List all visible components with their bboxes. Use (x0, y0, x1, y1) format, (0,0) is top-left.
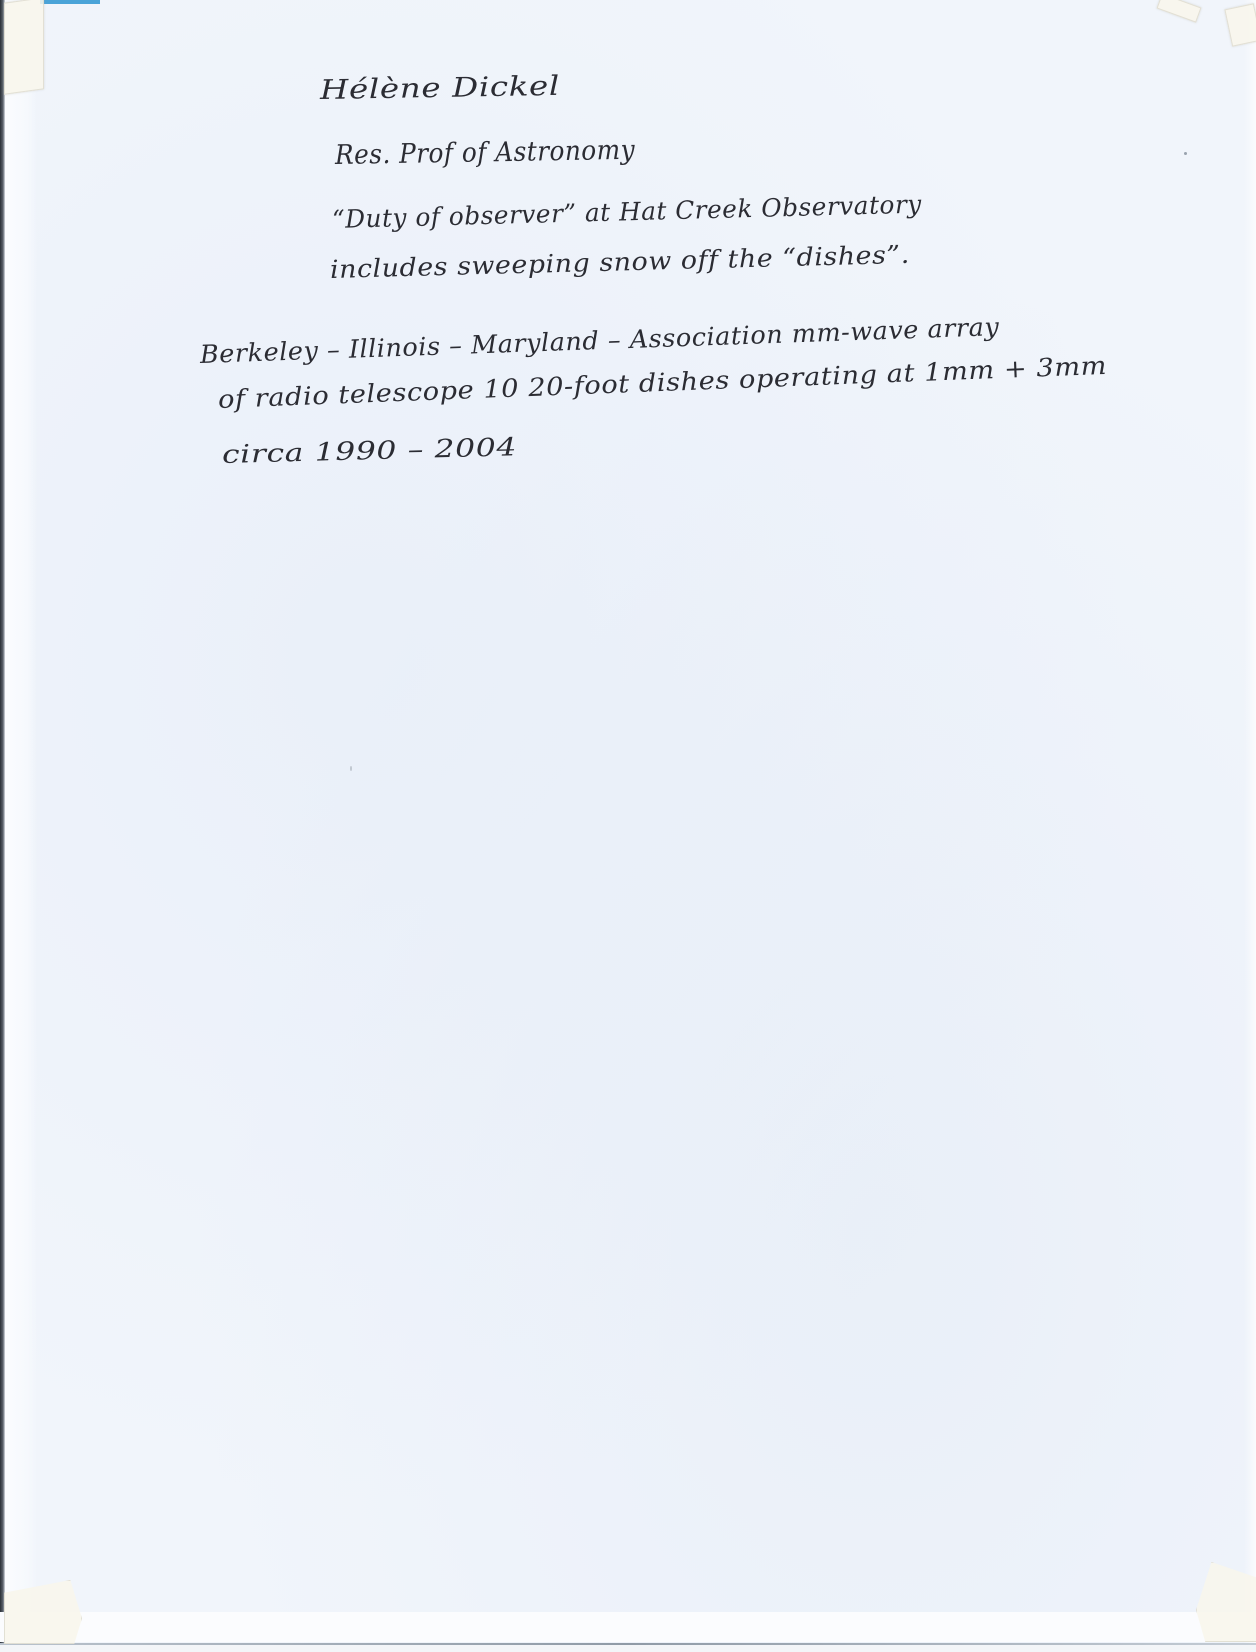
paper-speck (1184, 152, 1187, 155)
scan-top-color-strip (40, 0, 100, 4)
tape-top-right (1224, 3, 1256, 46)
scanned-paper-page: Hélène Dickel Res. Prof of Astronomy “Du… (0, 0, 1256, 1652)
body-line-3: circa 1990 – 2004 (222, 432, 518, 469)
tape-top-left (4, 0, 44, 95)
author-name: Hélène Dickel (320, 71, 560, 106)
paper-bottom-margin (0, 1612, 1256, 1642)
author-title: Res. Prof of Astronomy (335, 135, 636, 171)
note-line-1: “Duty of observer” at Hat Creek Observat… (332, 190, 922, 234)
scanner-bed (0, 1645, 1256, 1652)
paper-right-margin (1244, 0, 1256, 1652)
paper-left-margin (5, 0, 37, 1652)
paper-speck (350, 766, 352, 771)
tape-top-right-small (1157, 0, 1202, 23)
note-line-2: includes sweeping snow off the “dishes”. (330, 240, 910, 284)
